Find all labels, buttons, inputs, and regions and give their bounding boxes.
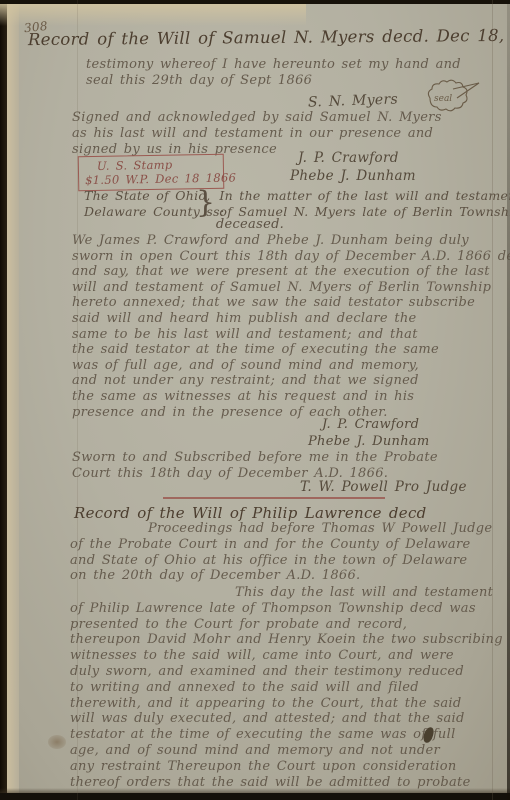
witness-signature: J. P. Crawford	[322, 417, 430, 434]
court-caption: The State of Ohio,Delaware County ss: } …	[84, 188, 510, 219]
handwritten-line: thereupon David Mohr and Henry Koein the…	[70, 632, 503, 648]
section-divider	[163, 497, 385, 499]
handwritten-line: presented to the Court for probate and r…	[70, 617, 503, 633]
witness-signature: J. P. Crawford	[298, 149, 416, 167]
handwritten-line: sworn in open Court this 18th day of Dec…	[72, 249, 510, 265]
will-record-title-lawrence: Record of the Will of Philip Lawrence de…	[74, 504, 427, 522]
handwritten-line: will was duly executed, and attested; an…	[70, 711, 503, 727]
page-edge-left-tan	[7, 0, 19, 800]
handwritten-line: presence and in the presence of each oth…	[72, 405, 510, 421]
witness-deposition-paragraph: We James P. Crawford and Phebe J. Dunham…	[72, 233, 510, 420]
handwritten-line: as his last will and testament in our pr…	[72, 126, 442, 142]
handwritten-line: Sworn to and Subscribed before me in the…	[72, 450, 438, 466]
handwritten-line: age, and of sound mind and memory and no…	[70, 743, 503, 759]
page-edge-left	[0, 0, 7, 800]
testimony-paragraph: testimony whereof I have hereunto set my…	[86, 57, 461, 89]
jurat-paragraph: Sworn to and Subscribed before me in the…	[72, 450, 438, 482]
handwritten-line: and not under any restraint; and that we…	[72, 373, 510, 389]
will-record-title-myers: Record of the Will of Samuel N. Myers de…	[28, 26, 502, 49]
handwritten-line: the said testator at the time of executi…	[72, 342, 510, 358]
caption-venue: The State of Ohio,Delaware County ss:	[84, 188, 196, 219]
handwritten-line: on the 20th day of December A.D. 1866.	[70, 568, 492, 584]
handwritten-line: testator at the time of executing the sa…	[70, 727, 503, 743]
brace-icon: }	[196, 188, 215, 218]
caption-matter: In the matter of the last will and testa…	[219, 188, 510, 219]
handwritten-line: of Philip Lawrence late of Thompson Town…	[70, 601, 503, 617]
witness-signatures-top: J. P. CrawfordPhebe J. Dunham	[298, 149, 416, 185]
handwritten-line: was of full age, and of sound mind and m…	[72, 358, 510, 374]
handwritten-line: any restraint Thereupon the Court upon c…	[70, 759, 503, 775]
handwritten-line: In the matter of the last will and testa…	[219, 188, 510, 204]
handwritten-line: and State of Ohio at his office in the t…	[70, 553, 492, 569]
paper-stain	[48, 735, 66, 749]
handwritten-line: the same as witnesses at his request and…	[72, 389, 510, 405]
handwritten-line: duly sworn, and examined and their testi…	[70, 664, 503, 680]
witness-signature: Phebe J. Dunham	[308, 434, 430, 451]
handwritten-line: hereto annexed; that we saw the said tes…	[72, 295, 510, 311]
witness-signatures-bottom: J. P. CrawfordPhebe J. Dunham	[322, 417, 430, 450]
probate-order-paragraph: This day the last will and testamentof P…	[70, 585, 503, 790]
handwritten-line: will and testament of Samuel N. Myers of…	[72, 280, 510, 296]
handwritten-line: Signed and acknowledged by said Samuel N…	[72, 110, 442, 126]
proceedings-paragraph: Proceedings had before Thomas W Powell J…	[70, 521, 492, 584]
handwritten-line: seal this 29th day of Sept 1866	[86, 73, 461, 89]
handwritten-line: We James P. Crawford and Phebe J. Dunham…	[72, 233, 510, 249]
handwritten-line: to writing and annexed to the said will …	[70, 680, 503, 696]
handwritten-line: therewith, and it appearing to the Court…	[70, 696, 503, 712]
handwritten-line: of the Probate Court in and for the Coun…	[70, 537, 492, 553]
signature-testator: S. N. Myers	[308, 91, 398, 110]
handwritten-line: and say, that we were present at the exe…	[72, 264, 510, 280]
handwritten-line: same to be his last will and testament; …	[72, 327, 510, 343]
handwritten-line: witnesses to the said will, came into Co…	[70, 648, 503, 664]
ledger-page-photo: 308 Record of the Will of Samuel N. Myer…	[0, 0, 510, 800]
handwritten-line: testimony whereof I have hereunto set my…	[86, 57, 461, 73]
handwritten-line: said will and heard him publish and decl…	[72, 311, 510, 327]
signature-probate-judge: T. W. Powell Pro Judge	[300, 479, 467, 495]
handwritten-line: This day the last will and testament	[70, 585, 503, 601]
handwritten-line: The State of Ohio,	[84, 188, 196, 204]
handwritten-line: Proceedings had before Thomas W Powell J…	[70, 521, 492, 537]
caption-deceased: deceased.	[20, 217, 480, 232]
seal-label: seal	[434, 94, 452, 104]
handwritten-line: thereof orders that the said will be adm…	[70, 775, 503, 791]
witness-signature: Phebe J. Dunham	[290, 167, 416, 185]
